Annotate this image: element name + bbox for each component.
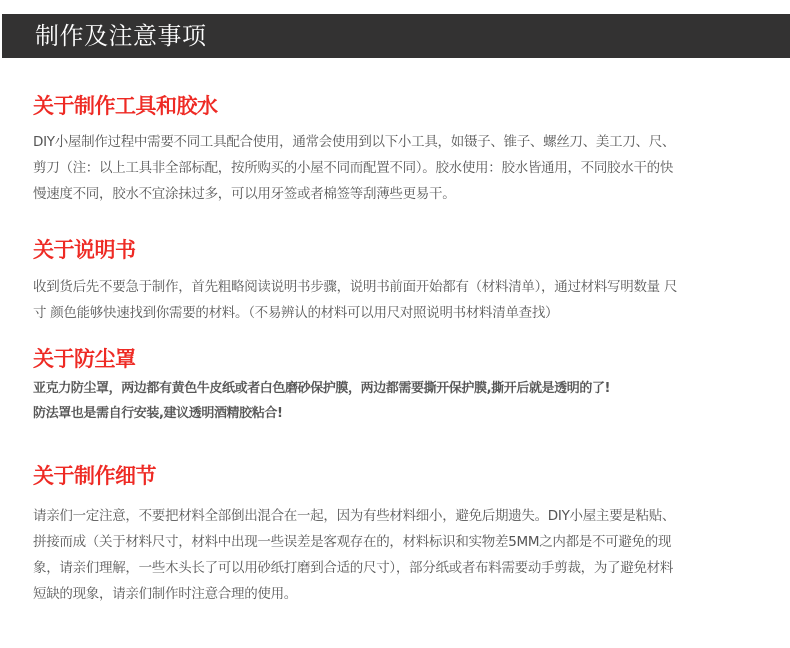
body-line: 拼接而成（关于材料尺寸，材料中出现一些误差是客观存在的，材料标识和实物差5MM之… (33, 529, 753, 555)
section-dust-cover: 关于防尘罩 亚克力防尘罩，两边都有黄色牛皮纸或者白色磨砂保护膜，两边都需要撕开保… (33, 345, 753, 426)
body-line: 象，请亲们理解，一些木头长了可以用砂纸打磨到合适的尺寸），部分纸或者布料需要动手… (33, 555, 753, 581)
section-title: 关于防尘罩 (33, 345, 753, 373)
body-line: 寸 颜色能够快速找到你需要的材料。（不易辨认的材料可以用尺对照说明书材料清单查找… (33, 300, 753, 326)
section-manual: 关于说明书 收到货后先不要急于制作，首先粗略阅读说明书步骤，说明书前面开始都有（… (33, 236, 753, 326)
page-title: 制作及注意事项 (35, 19, 207, 53)
section-title: 关于说明书 (33, 236, 753, 264)
section-body: DIY小屋制作过程中需要不同工具配合使用，通常会使用到以下小工具，如镊子、锥子、… (33, 129, 753, 207)
body-line: 收到货后先不要急于制作，首先粗略阅读说明书步骤，说明书前面开始都有（材料清单），… (33, 274, 753, 300)
section-making-details: 关于制作细节 请亲们一定注意，不要把材料全部倒出混合在一起，因为有些材料细小，避… (33, 462, 753, 607)
body-line: 亚克力防尘罩，两边都有黄色牛皮纸或者白色磨砂保护膜，两边都需要撕开保护膜,撕开后… (33, 376, 753, 401)
body-line: 短缺的现象，请亲们制作时注意合理的使用。 (33, 581, 753, 607)
body-line: 防法罩也是需自行安装,建议透明酒精胶粘合! (33, 401, 753, 426)
section-tools-and-glue: 关于制作工具和胶水 DIY小屋制作过程中需要不同工具配合使用，通常会使用到以下小… (33, 92, 753, 207)
body-line: 慢速度不同，胶水不宜涂抹过多，可以用牙签或者棉签等刮薄些更易干。 (33, 181, 753, 207)
header-bar: 制作及注意事项 (2, 14, 790, 58)
section-body: 收到货后先不要急于制作，首先粗略阅读说明书步骤，说明书前面开始都有（材料清单），… (33, 274, 753, 326)
body-line: DIY小屋制作过程中需要不同工具配合使用，通常会使用到以下小工具，如镊子、锥子、… (33, 129, 753, 155)
section-title: 关于制作工具和胶水 (33, 92, 753, 120)
section-title: 关于制作细节 (33, 462, 753, 490)
section-body: 请亲们一定注意，不要把材料全部倒出混合在一起，因为有些材料细小，避免后期遗失。D… (33, 503, 753, 607)
section-body: 亚克力防尘罩，两边都有黄色牛皮纸或者白色磨砂保护膜，两边都需要撕开保护膜,撕开后… (33, 376, 753, 426)
body-line: 请亲们一定注意，不要把材料全部倒出混合在一起，因为有些材料细小，避免后期遗失。D… (33, 503, 753, 529)
body-line: 剪刀（注：以上工具非全部标配，按所购买的小屋不同而配置不同）。胶水使用：胶水皆通… (33, 155, 753, 181)
